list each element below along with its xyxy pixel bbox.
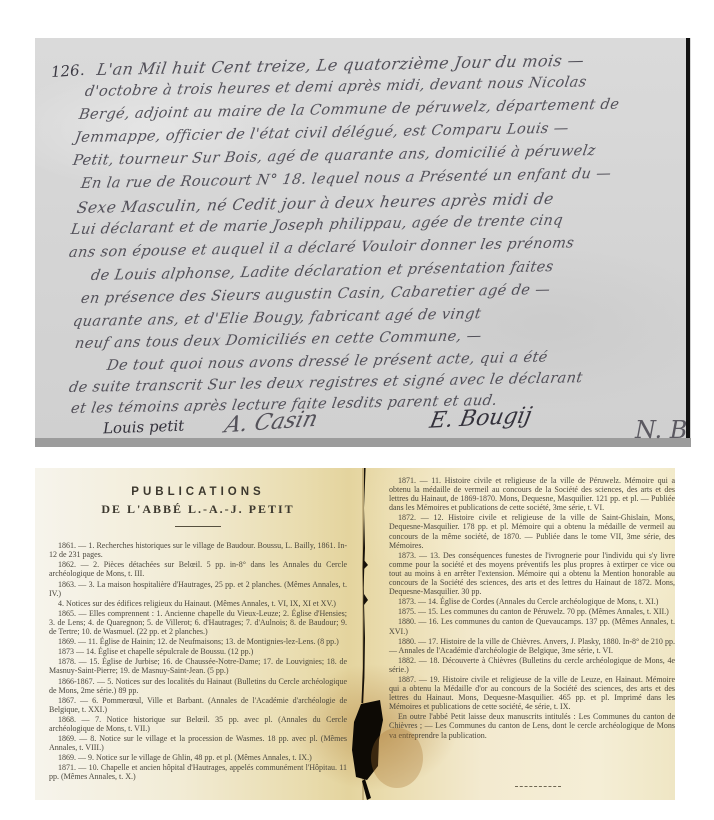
signature-partial: N. B [635, 416, 687, 444]
handwritten-register-scan: 126. L'an Mil huit Cent treize, Le quato… [35, 38, 691, 447]
manuscript-line: Petit, tourneur Sur Bois, agé de quarant… [72, 143, 597, 169]
manuscript-line: En la rue de Roucourt N° 18. lequel nous… [80, 166, 613, 192]
manuscript-line: L'an Mil huit Cent treize, Le quatorzièm… [96, 51, 586, 79]
scan-bottom-shadow [35, 438, 691, 447]
manuscript-line: Lui déclarant et de marie Joseph philipp… [70, 213, 564, 238]
signature-casin: A. Casin [222, 407, 320, 439]
signature-louis-petit: Louis petit [103, 417, 185, 438]
scanned-document-page: 126. L'an Mil huit Cent treize, Le quato… [0, 0, 714, 820]
manuscript-line: neuf ans tous deux Domiciliés en cette C… [74, 328, 483, 352]
manuscript-line: de suite transcrit Sur les deux registre… [68, 370, 584, 396]
manuscript-line: Sexe Masculin, né Cedit jour à deux heur… [76, 190, 556, 217]
manuscript-line: De tout quoi nous avons dressé le présen… [106, 350, 549, 375]
end-decorative-rule [515, 786, 561, 787]
manuscript-line: ans son épouse et auquel il a déclaré Vo… [68, 235, 576, 261]
page-tear-crack [35, 468, 675, 800]
act-number: 126. [50, 61, 85, 81]
printed-bibliography-scan: PUBLICATIONS DE L'ABBÉ L.-A.-J. PETIT 18… [35, 468, 675, 800]
manuscript-line: Jemmappe, officier de l'état civil délég… [74, 120, 570, 146]
manuscript-line: de Louis alphonse, Ladite déclaration et… [90, 259, 555, 284]
register-margin-rule [686, 38, 690, 447]
manuscript-line: en présence des Sieurs augustin Casin, C… [80, 282, 552, 307]
manuscript-line: d'octobre à trois heures et demi après m… [84, 74, 588, 100]
manuscript-line: quarante ans, et d'Elie Bougy, fabricant… [72, 306, 483, 330]
manuscript-line: Bergé, adjoint au maire de la Commune de… [78, 97, 621, 123]
signature-bougij: E. Bougij [428, 403, 534, 434]
